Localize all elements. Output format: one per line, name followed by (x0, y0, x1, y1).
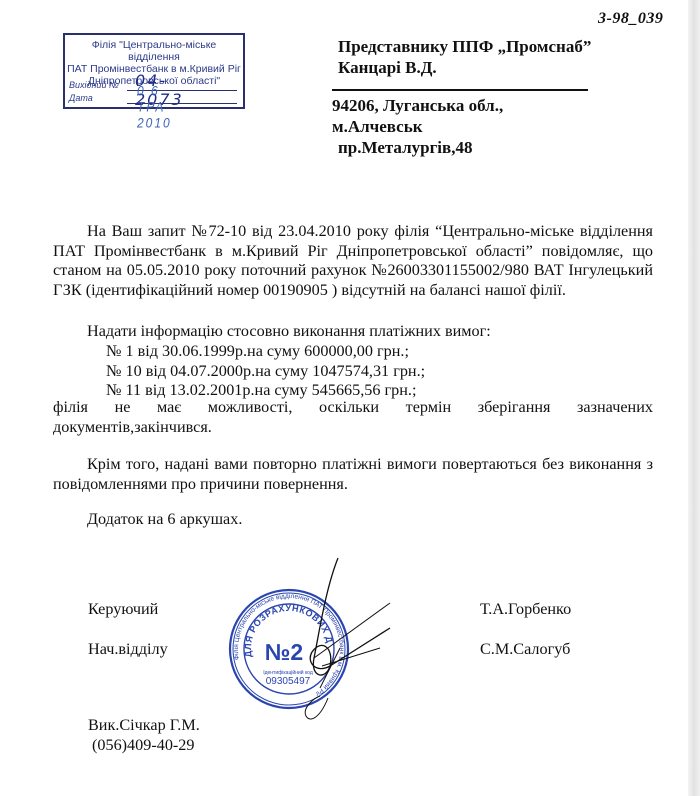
addressee: Представнику ППФ „Промснаб” Канцарі В.Д. (338, 36, 591, 78)
paragraph-spread-line: філія не має можливості, оскільки термін… (53, 398, 653, 418)
address-divider (332, 89, 588, 91)
request-item: № 10 від 04.07.2000р.на суму 1047574,31 … (106, 362, 425, 382)
page-edge (688, 0, 700, 796)
word: не (115, 398, 131, 418)
stamp-date-value: 0 6 ТРА 2010 (137, 83, 172, 131)
word: зазначених (577, 398, 653, 418)
address-line: м.Алчевськ (332, 116, 503, 137)
signer-name-1: Т.А.Горбенко (480, 600, 571, 619)
attachment-note: Додаток на 6 аркушах. (87, 510, 242, 529)
paragraph-text: Крім того, надані вами повторно платіжні… (53, 454, 653, 494)
stamp-number-row: Вихідний № 04-2073 (69, 80, 119, 90)
address-block: 94206, Луганська обл., м.Алчевськ пр.Мет… (332, 95, 503, 158)
seal-number: №2 (265, 639, 303, 665)
request-list: № 1 від 30.06.1999р.на суму 600000,00 гр… (106, 342, 425, 401)
request-intro: Надати інформацію стосовно виконання пла… (87, 322, 491, 341)
executor-block: Вик.Січкар Г.М. (056)409-40-29 (88, 715, 200, 755)
paragraph-end: документів,закінчився. (53, 418, 653, 438)
address-line: 94206, Луганська обл., (332, 95, 503, 116)
request-item: № 1 від 30.06.1999р.на суму 600000,00 гр… (106, 342, 425, 362)
word: термін (406, 398, 452, 418)
signer-position-2: Нач.відділу (88, 640, 168, 659)
body-paragraph-3: Крім того, надані вами повторно платіжні… (53, 454, 653, 494)
word: зберігання (478, 398, 551, 418)
word: філія (53, 398, 88, 418)
address-line: пр.Металургів,48 (332, 137, 503, 158)
addressee-line: Канцарі В.Д. (338, 57, 591, 78)
body-paragraph-1: На Ваш запит №72-10 від 23.04.2010 року … (53, 222, 653, 300)
signer-name-2: С.М.Салогуб (480, 640, 570, 659)
word: має (157, 398, 181, 418)
handwritten-signature (300, 548, 420, 728)
stamp-org-line: Філія "Центрально-міське відділення (65, 39, 243, 63)
stamp-date-label: Дата (69, 93, 93, 103)
signer-position-1: Керуючий (88, 600, 158, 619)
executor-phone: (056)409-40-29 (88, 735, 200, 755)
addressee-line: Представнику ППФ „Промснаб” (338, 36, 591, 57)
document-code: 3-98_039 (598, 10, 663, 28)
body-paragraph-2: філія не має можливості, оскільки термін… (53, 398, 653, 437)
executor-name: Вик.Січкар Г.М. (88, 715, 200, 735)
stamp-number-label: Вихідний № (69, 80, 119, 90)
incoming-stamp: Філія "Центрально-міське відділення ПАТ … (63, 33, 245, 109)
paragraph-text: На Ваш запит №72-10 від 23.04.2010 року … (53, 222, 653, 300)
word: можливості, (208, 398, 293, 418)
stamp-date-row: Дата 0 6 ТРА 2010 (69, 93, 93, 103)
word: оскільки (319, 398, 379, 418)
